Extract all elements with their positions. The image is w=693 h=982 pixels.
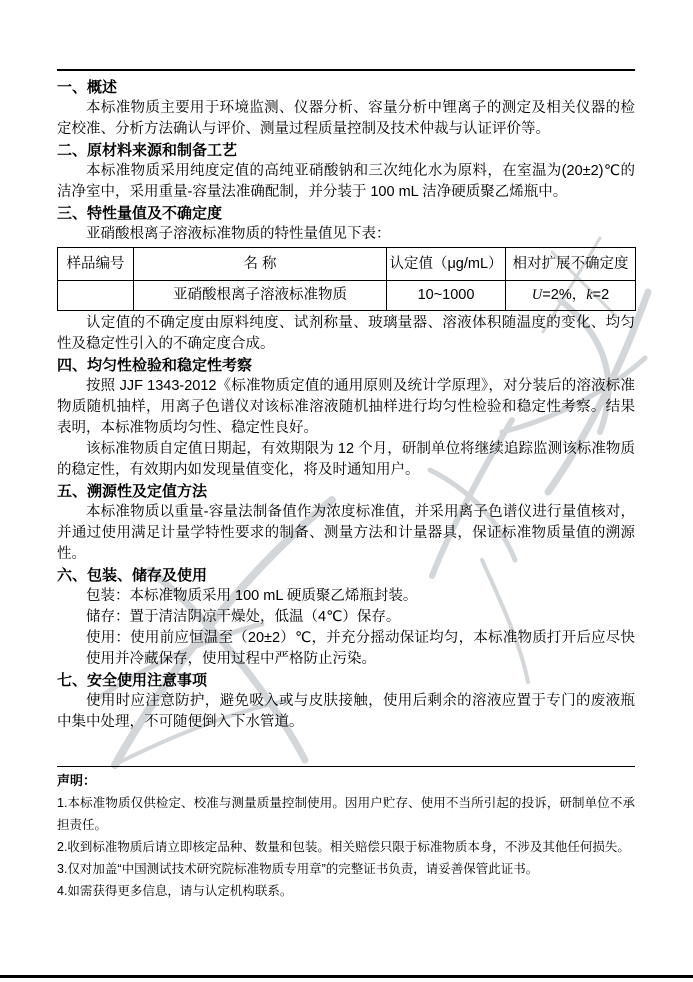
declaration: 声明： 1.本标准物质仅供检定、校准与测量质量控制使用。因用户贮存、使用不当所引… xyxy=(57,766,635,902)
table-header-certified-value: 认定值（μg/mL） xyxy=(387,248,506,281)
declaration-item-3: 3.仅对加盖“中国测试技术研究院标准物质专用章”的完整证书负责，请妥善保管此证书… xyxy=(57,858,635,880)
section-3-intro: 亚硝酸根离子溶液标准物质的特性量值见下表： xyxy=(57,224,635,245)
table-header-uncertainty: 相对扩展不确定度 xyxy=(506,248,636,281)
table-header-name: 名 称 xyxy=(134,248,387,281)
declaration-item-4: 4.如需获得更多信息，请与认定机构联系。 xyxy=(57,880,635,902)
section-6-storage: 储存：置于清洁阴凉干燥处，低温（4℃）保存。 xyxy=(86,607,635,628)
table-row: 亚硝酸根离子溶液标准物质 10~1000 U=2%，k=2 xyxy=(58,281,636,311)
section-7-paragraph: 使用时应注意防护，避免吸入或与皮肤接触，使用后剩余的溶液应置于专门的废液瓶中集中… xyxy=(57,691,635,733)
table-cell-sample-no xyxy=(58,281,134,311)
declaration-item-1: 1.本标准物质仅供检定、校准与测量质量控制使用。因用户贮存、使用不当所引起的投诉… xyxy=(57,792,635,836)
uncertainty-u-symbol: U xyxy=(532,287,542,303)
section-7-heading: 七、安全使用注意事项 xyxy=(57,670,635,691)
document-body: 一、概述 本标准物质主要用于环境监测、仪器分析、容量分析中锂离子的测定及相关仪器… xyxy=(57,69,635,733)
table-cell-certified-value: 10~1000 xyxy=(387,281,506,311)
section-1-paragraph: 本标准物质主要用于环境监测、仪器分析、容量分析中锂离子的测定及相关仪器的检定校准… xyxy=(57,98,635,140)
section-1-heading: 一、概述 xyxy=(57,77,635,98)
document-page: 一、概述 本标准物质主要用于环境监测、仪器分析、容量分析中锂离子的测定及相关仪器… xyxy=(0,0,693,982)
page-bottom-border xyxy=(0,975,693,978)
uncertainty-k-value: =2 xyxy=(593,287,610,303)
section-2-heading: 二、原材料来源和制备工艺 xyxy=(57,140,635,161)
section-5-paragraph: 本标准物质以重量-容量法制备值作为浓度标准值，并采用离子色谱仪进行量值核对，并通… xyxy=(57,502,635,565)
section-5-heading: 五、溯源性及定值方法 xyxy=(57,481,635,502)
top-divider xyxy=(57,69,635,71)
section-3-heading: 三、特性量值及不确定度 xyxy=(57,203,635,224)
section-2-paragraph: 本标准物质采用纯度定值的高纯亚硝酸钠和三次纯化水为原料，在室温为(20±2)℃的… xyxy=(57,161,635,203)
declaration-divider xyxy=(57,766,635,767)
table-cell-uncertainty: U=2%，k=2 xyxy=(506,281,636,311)
section-3-after-table: 认定值的不确定度由原料纯度、试剂称量、玻璃量器、溶液体积随温度的变化、均匀性及稳… xyxy=(57,313,635,355)
table-cell-name: 亚硝酸根离子溶液标准物质 xyxy=(134,281,387,311)
characteristic-values-table: 样品编号 名 称 认定值（μg/mL） 相对扩展不确定度 亚硝酸根离子溶液标准物… xyxy=(57,247,636,311)
section-6-packaging: 包装：本标准物质采用 100 mL 硬质聚乙烯瓶封装。 xyxy=(86,586,635,607)
section-6-heading: 六、包装、储存及使用 xyxy=(57,565,635,586)
section-4-paragraph-2: 该标准物质自定值日期起，有效期限为 12 个月，研制单位将继续追踪监测该标准物质… xyxy=(57,439,635,481)
section-4-paragraph-1: 按照 JJF 1343-2012《标准物质定值的通用原则及统计学原理》，对分装后… xyxy=(57,376,635,439)
uncertainty-u-value: =2%， xyxy=(542,287,586,303)
section-4-heading: 四、均匀性检验和稳定性考察 xyxy=(57,355,635,376)
table-header-row: 样品编号 名 称 认定值（μg/mL） 相对扩展不确定度 xyxy=(58,248,636,281)
declaration-title: 声明： xyxy=(57,770,635,792)
declaration-item-2: 2.收到标准物质后请立即核定品种、数量和包装。相关赔偿只限于标准物质本身，不涉及… xyxy=(57,836,635,858)
table-header-sample-no: 样品编号 xyxy=(58,248,134,281)
section-6-usage: 使用：使用前应恒温至（20±2）℃，并充分摇动保证均匀，本标准物质打开后应尽快使… xyxy=(86,628,635,670)
